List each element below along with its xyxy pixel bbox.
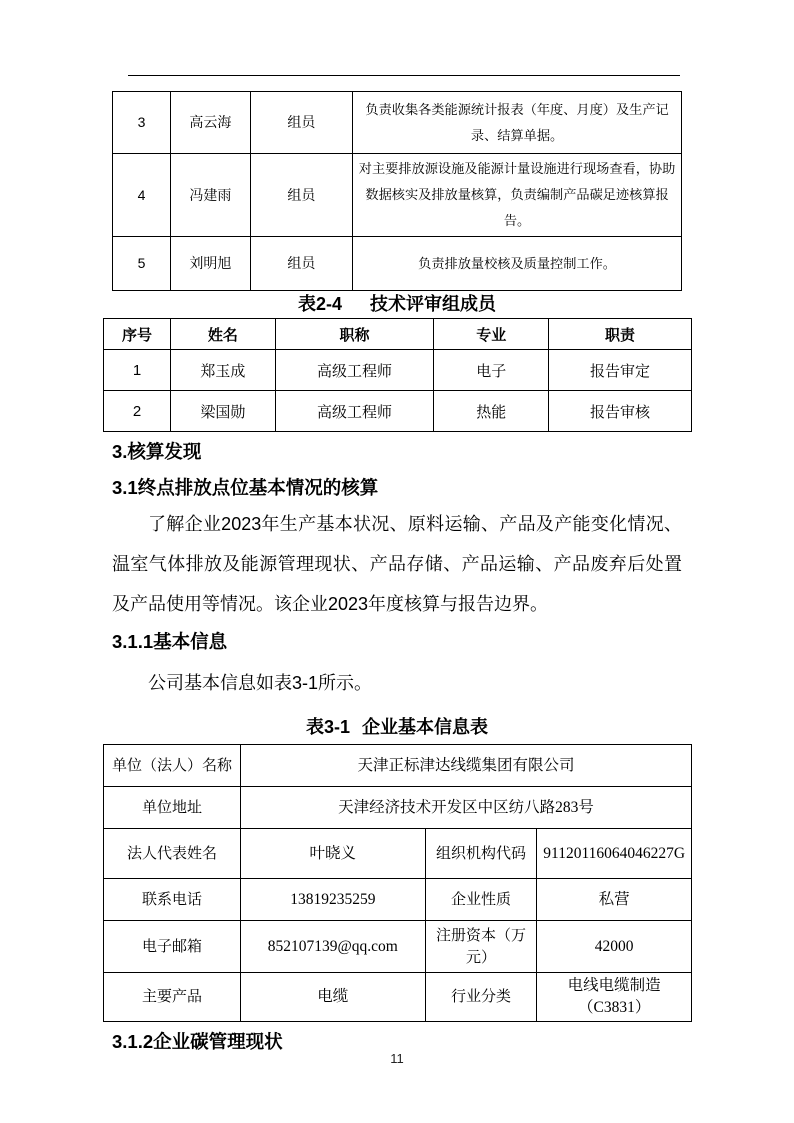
cell-value: 叶晓义 [241, 829, 426, 879]
cell-value: 13819235259 [241, 879, 426, 921]
table-row: 3 高云海 组员 负责收集各类能源统计报表（年度、月度）及生产记录、结算单据。 [113, 92, 682, 154]
cell-name: 高云海 [171, 92, 251, 154]
table-row: 法人代表姓名 叶晓义 组织机构代码 91120116064046227G [104, 829, 692, 879]
table-row: 主要产品 电缆 行业分类 电线电缆制造（C3831） [104, 973, 692, 1022]
heading-3-1-1: 3.1.1基本信息 [112, 630, 682, 654]
cell-label: 法人代表姓名 [104, 829, 241, 879]
cell-label: 联系电话 [104, 879, 241, 921]
col-header-title: 职称 [275, 319, 434, 350]
cell-role: 组员 [250, 237, 352, 291]
table-row: 单位（法人）名称 天津正标津达线缆集团有限公司 [104, 745, 692, 787]
paragraph-3-1: 了解企业2023年生产基本状况、原料运输、产品及产能变化情况、温室气体排放及能源… [112, 504, 682, 624]
review-team-table: 序号 姓名 职称 专业 职责 1 郑玉成 高级工程师 电子 报告审定 2 梁国勋 [103, 318, 692, 432]
cell-role: 组员 [250, 154, 352, 237]
cell-name: 刘明旭 [171, 237, 251, 291]
cell-label: 电子邮箱 [104, 921, 241, 973]
table24-caption-label: 表2-4 [298, 294, 342, 314]
page-content: 3 高云海 组员 负责收集各类能源统计报表（年度、月度）及生产记录、结算单据。 … [0, 0, 794, 1054]
cell-no: 1 [104, 350, 171, 391]
col-header-name: 姓名 [171, 319, 276, 350]
header-rule [128, 75, 680, 76]
document-page: 3 高云海 组员 负责收集各类能源统计报表（年度、月度）及生产记录、结算单据。 … [0, 0, 794, 1123]
cell-no: 5 [113, 237, 171, 291]
table31-caption-title: 企业基本信息表 [362, 717, 488, 737]
table-row: 单位地址 天津经济技术开发区中区纺八路283号 [104, 787, 692, 829]
cell-label: 主要产品 [104, 973, 241, 1022]
table31-caption-label: 表3-1 [306, 717, 350, 737]
paragraph-3-1-1: 公司基本信息如表3-1所示。 [112, 670, 682, 696]
col-header-no: 序号 [104, 319, 171, 350]
table-row: 4 冯建雨 组员 对主要排放源设施及能源计量设施进行现场查看，协助数据核实及排放… [113, 154, 682, 237]
table-row: 电子邮箱 852107139@qq.com 注册资本（万元） 42000 [104, 921, 692, 973]
cell-duty: 报告审核 [549, 391, 692, 432]
cell-value: 私营 [537, 879, 692, 921]
cell-name: 冯建雨 [171, 154, 251, 237]
cell-value: 91120116064046227G [537, 829, 692, 879]
cell-role: 组员 [250, 92, 352, 154]
cell-duty: 负责排放量校核及质量控制工作。 [353, 237, 682, 291]
heading-3: 3.核算发现 [112, 440, 682, 464]
table31-caption: 表3-1企业基本信息表 [0, 716, 794, 738]
table-row: 5 刘明旭 组员 负责排放量校核及质量控制工作。 [113, 237, 682, 291]
cell-value: 天津正标津达线缆集团有限公司 [241, 745, 692, 787]
cell-name: 郑玉成 [171, 350, 276, 391]
cell-label: 企业性质 [425, 879, 537, 921]
table-row: 联系电话 13819235259 企业性质 私营 [104, 879, 692, 921]
cell-value: 42000 [537, 921, 692, 973]
cell-no: 2 [104, 391, 171, 432]
cell-no: 3 [113, 92, 171, 154]
cell-major: 电子 [434, 350, 549, 391]
cell-label: 行业分类 [425, 973, 537, 1022]
cell-label: 单位地址 [104, 787, 241, 829]
cell-value: 852107139@qq.com [241, 921, 426, 973]
cell-label: 注册资本（万元） [425, 921, 537, 973]
table24-caption-title: 技术评审组成员 [370, 294, 496, 314]
header-row: 序号 姓名 职称 专业 职责 [104, 319, 692, 350]
cell-value: 电线电缆制造（C3831） [537, 973, 692, 1022]
col-header-major: 专业 [434, 319, 549, 350]
cell-title: 高级工程师 [275, 391, 434, 432]
table-row: 2 梁国勋 高级工程师 热能 报告审核 [104, 391, 692, 432]
heading-3-1: 3.1终点排放点位基本情况的核算 [112, 476, 682, 500]
table24-caption: 表2-4技术评审组成员 [0, 293, 794, 315]
page-number: 11 [0, 1050, 794, 1068]
cell-label: 组织机构代码 [425, 829, 537, 879]
cell-value: 电缆 [241, 973, 426, 1022]
cell-major: 热能 [434, 391, 549, 432]
cell-label: 单位（法人）名称 [104, 745, 241, 787]
cell-name: 梁国勋 [171, 391, 276, 432]
cell-title: 高级工程师 [275, 350, 434, 391]
cell-duty: 报告审定 [549, 350, 692, 391]
cell-value: 天津经济技术开发区中区纺八路283号 [241, 787, 692, 829]
table-row: 1 郑玉成 高级工程师 电子 报告审定 [104, 350, 692, 391]
col-header-duty: 职责 [549, 319, 692, 350]
cell-duty: 对主要排放源设施及能源计量设施进行现场查看，协助数据核实及排放量核算，负责编制产… [353, 154, 682, 237]
cell-no: 4 [113, 154, 171, 237]
cell-duty: 负责收集各类能源统计报表（年度、月度）及生产记录、结算单据。 [353, 92, 682, 154]
company-info-table: 单位（法人）名称 天津正标津达线缆集团有限公司 单位地址 天津经济技术开发区中区… [103, 744, 692, 1022]
accounting-team-table: 3 高云海 组员 负责收集各类能源统计报表（年度、月度）及生产记录、结算单据。 … [112, 91, 682, 291]
